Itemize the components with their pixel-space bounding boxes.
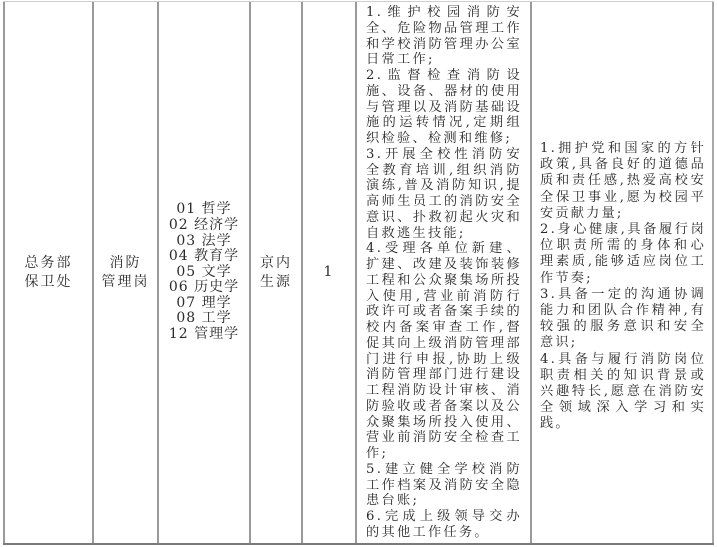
- duties-list: 1.维护校园消防安全、危险物品管理工作和学校消防管理办公室日常工作; 2.监督检…: [366, 5, 522, 541]
- cell-duties: 1.维护校园消防安全、危险物品管理工作和学校消防管理办公室日常工作; 2.监督检…: [355, 2, 530, 543]
- duty-item: 6.完成上级领导交办的其他工作任务。: [366, 509, 522, 541]
- duty-item: 3.开展全校性消防安全教育培训,组织消防演练,普及消防知识,提高师生员工的消防安…: [366, 147, 522, 242]
- position-line-1: 消防: [102, 254, 150, 273]
- requirement-item: 1.拥护党和国家的方针政策,具备良好的道德品质和责任感,热爱高校安全保卫事业,愿…: [540, 141, 706, 222]
- major-item: 07 理学: [169, 296, 239, 312]
- cell-majors: 01 哲学 02 经济学 03 法学 04 教育学 05 文学 06 历史学 0…: [157, 2, 249, 543]
- major-item: 12 管理学: [169, 327, 239, 343]
- department-line-2: 保卫处: [25, 273, 73, 292]
- cell-position: 消防 管理岗: [92, 2, 157, 543]
- requirement-item: 2.身心健康,具备履行岗位职责所需的身体和心理素质,能够适应岗位工作节奏;: [540, 222, 706, 287]
- duty-item: 4.受理各单位新建、扩建、改建及装饰装修工程和公众聚集场所投入使用,营业前消防行…: [366, 241, 522, 462]
- duty-item: 2.监督检查消防设施、设备、器材的使用与管理以及消防基础设施的运转情况,定期组织…: [366, 68, 522, 147]
- duty-item: 5.建立健全学校消防工作档案及消防安全隐患台账;: [366, 462, 522, 509]
- major-item: 05 文学: [169, 265, 239, 281]
- job-posting-table: 总务部 保卫处 消防 管理岗 01 哲学 02 经济学 03 法学 04 教育学…: [3, 1, 714, 545]
- major-item: 01 哲学: [169, 202, 239, 218]
- major-item: 06 历史学: [169, 280, 239, 296]
- headcount: 1: [324, 263, 335, 282]
- position-line-2: 管理岗: [102, 273, 150, 292]
- cell-requirements: 1.拥护党和国家的方针政策,具备良好的道德品质和责任感,热爱高校安全保卫事业,愿…: [530, 2, 714, 543]
- major-item: 04 教育学: [169, 249, 239, 265]
- major-item: 08 工学: [169, 311, 239, 327]
- requirements-list: 1.拥护党和国家的方针政策,具备良好的道德品质和责任感,热爱高校安全保卫事业,愿…: [540, 141, 706, 433]
- majors-list: 01 哲学 02 经济学 03 法学 04 教育学 05 文学 06 历史学 0…: [169, 202, 239, 342]
- source-line-2: 生源: [260, 273, 292, 292]
- cell-department: 总务部 保卫处: [3, 2, 92, 543]
- cell-source: 京内 生源: [249, 2, 301, 543]
- source-line-1: 京内: [260, 254, 292, 273]
- duty-item: 1.维护校园消防安全、危险物品管理工作和学校消防管理办公室日常工作;: [366, 5, 522, 68]
- major-item: 02 经济学: [169, 218, 239, 234]
- requirement-item: 4.具备与履行消防岗位职责相关的知识背景或兴趣特长,愿意在消防安全领域深入学习和…: [540, 352, 706, 433]
- major-item: 03 法学: [169, 234, 239, 250]
- department-line-1: 总务部: [25, 254, 73, 273]
- cell-count: 1: [301, 2, 355, 543]
- requirement-item: 3.具备一定的沟通协调能力和团队合作精神,有较强的服务意识和安全意识;: [540, 287, 706, 352]
